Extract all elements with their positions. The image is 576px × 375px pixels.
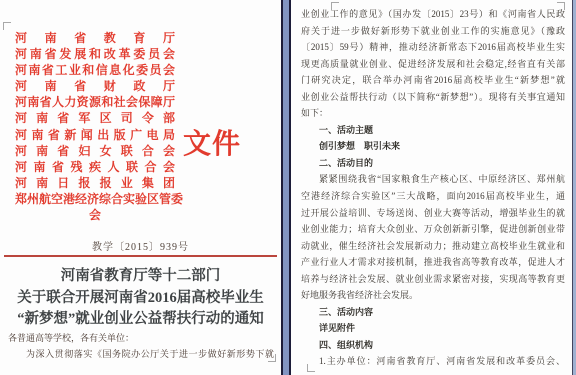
- right-page-text: 业创业工作的意见》（国办发〔2015〕23号）和《河南省人民政府关于进一步做好新…: [301, 6, 565, 370]
- body-first-line: 为深入贯彻落实《国务院办公厅关于进一步做好新形势下就: [8, 347, 274, 360]
- department-line: 河南省军区司令部: [15, 110, 175, 126]
- body-line: 一、活动主题: [319, 122, 565, 139]
- body-line: 创引梦想 职引未来: [319, 138, 565, 155]
- body-line: 动就业，催生经济社会发展新动力；推动建立高校毕业生就业和: [301, 238, 565, 255]
- document-label: 文件: [183, 122, 239, 162]
- body-line: 现更高质量就业创业、促进经济发展和社会稳定,经省直有关部: [301, 56, 565, 73]
- text-boundary-mark: [3, 22, 11, 30]
- body-line: 空港经济综合实验区”三大战略，面向2016届高校毕业生，通: [301, 188, 565, 205]
- body-line: 门研究决定，联合举办河南省2016届高校毕业生“新梦想”就: [301, 72, 565, 89]
- title-line: 关于联合开展河南省2016届高校毕业生: [4, 288, 277, 310]
- title-line: 河南省教育厅等十二部门: [4, 266, 277, 288]
- department-line: 河南省教育厅: [15, 30, 175, 46]
- body-line: 详见附件: [319, 320, 565, 337]
- department-line: 河南日报报业集团: [15, 175, 175, 191]
- text-boundary-mark: [268, 354, 276, 362]
- department-line: 河南省妇女联合会: [15, 143, 175, 159]
- document-viewer: 河南省教育厅河南省发展和改革委员会河南省工业和信息化委员会河南省财政厅河南省人力…: [0, 0, 576, 375]
- red-separator-rule: [4, 255, 277, 257]
- department-line: 河南省发展和改革委员会: [15, 46, 175, 62]
- body-line: 培养与经济社会发展、就业创业需求紧密对接，实现高等教育更: [301, 271, 565, 288]
- document-number: 教学〔2015〕939号: [0, 238, 281, 253]
- body-line: 四、组织机构: [319, 337, 565, 354]
- department-line: 河南省工业和信息化委员会: [15, 62, 175, 78]
- body-line: 业创业公益帮扶行动（以下简称“新梦想”）。现将有关事宜通知: [301, 89, 565, 106]
- salutation-line: 各普通高等学校，各有关单位：: [8, 331, 274, 344]
- department-list: 河南省教育厅河南省发展和改革委员会河南省工业和信息化委员会河南省财政厅河南省人力…: [15, 30, 175, 223]
- body-line: 好地服务我省经济社会发展。: [301, 287, 565, 304]
- left-page: 河南省教育厅河南省发展和改革委员会河南省工业和信息化委员会河南省财政厅河南省人力…: [0, 0, 281, 375]
- body-line: 〔2015〕59号）精神，推动经济新常态下2016届高校毕业生实: [301, 39, 565, 56]
- title-line: “新梦想”就业创业公益帮扶行动的通知: [4, 309, 277, 331]
- department-line: 郑州航空港经济综合实验区管委: [15, 191, 175, 207]
- department-line: 河南省财政厅: [15, 78, 175, 94]
- department-line: 河南省新闻出版广电局: [15, 127, 175, 143]
- body-line: 三、活动内容: [319, 304, 565, 321]
- department-line: 会: [15, 207, 175, 223]
- body-line: 业创业能力；培育大众创业、万众创新新引擎，促进创新创业带: [301, 221, 565, 238]
- notice-title: 河南省教育厅等十二部门 关于联合开展河南省2016届高校毕业生 “新梦想”就业创…: [4, 266, 277, 331]
- body-line: 如下：: [301, 105, 565, 122]
- body-line: 产业行业人才需求对接机制，推进我省高等教育改革，促进人才: [301, 254, 565, 271]
- body-line: 业创业工作的意见》（国办发〔2015〕23号）和《河南省人民政: [301, 6, 565, 23]
- department-line: 河南省人力资源和社会保障厅: [15, 94, 175, 110]
- body-line: 二、活动目的: [319, 155, 565, 172]
- body-line: 紧紧围绕我省“国家粮食生产核心区、中原经济区、郑州航: [301, 171, 565, 188]
- department-line: 河南省残疾人联合会: [15, 159, 175, 175]
- body-line: 府关于进一步做好新形势下就业创业工作的实施意见》（豫政: [301, 23, 565, 40]
- body-line: 过开展公益培训、专场送岗、创业大赛等活动，增强毕业生的就: [301, 205, 565, 222]
- page-divider: [281, 0, 291, 375]
- window-right-edge: [572, 0, 576, 375]
- body-line: 1.主办单位：河南省教育厅、河南省发展和改革委员会、: [301, 353, 565, 370]
